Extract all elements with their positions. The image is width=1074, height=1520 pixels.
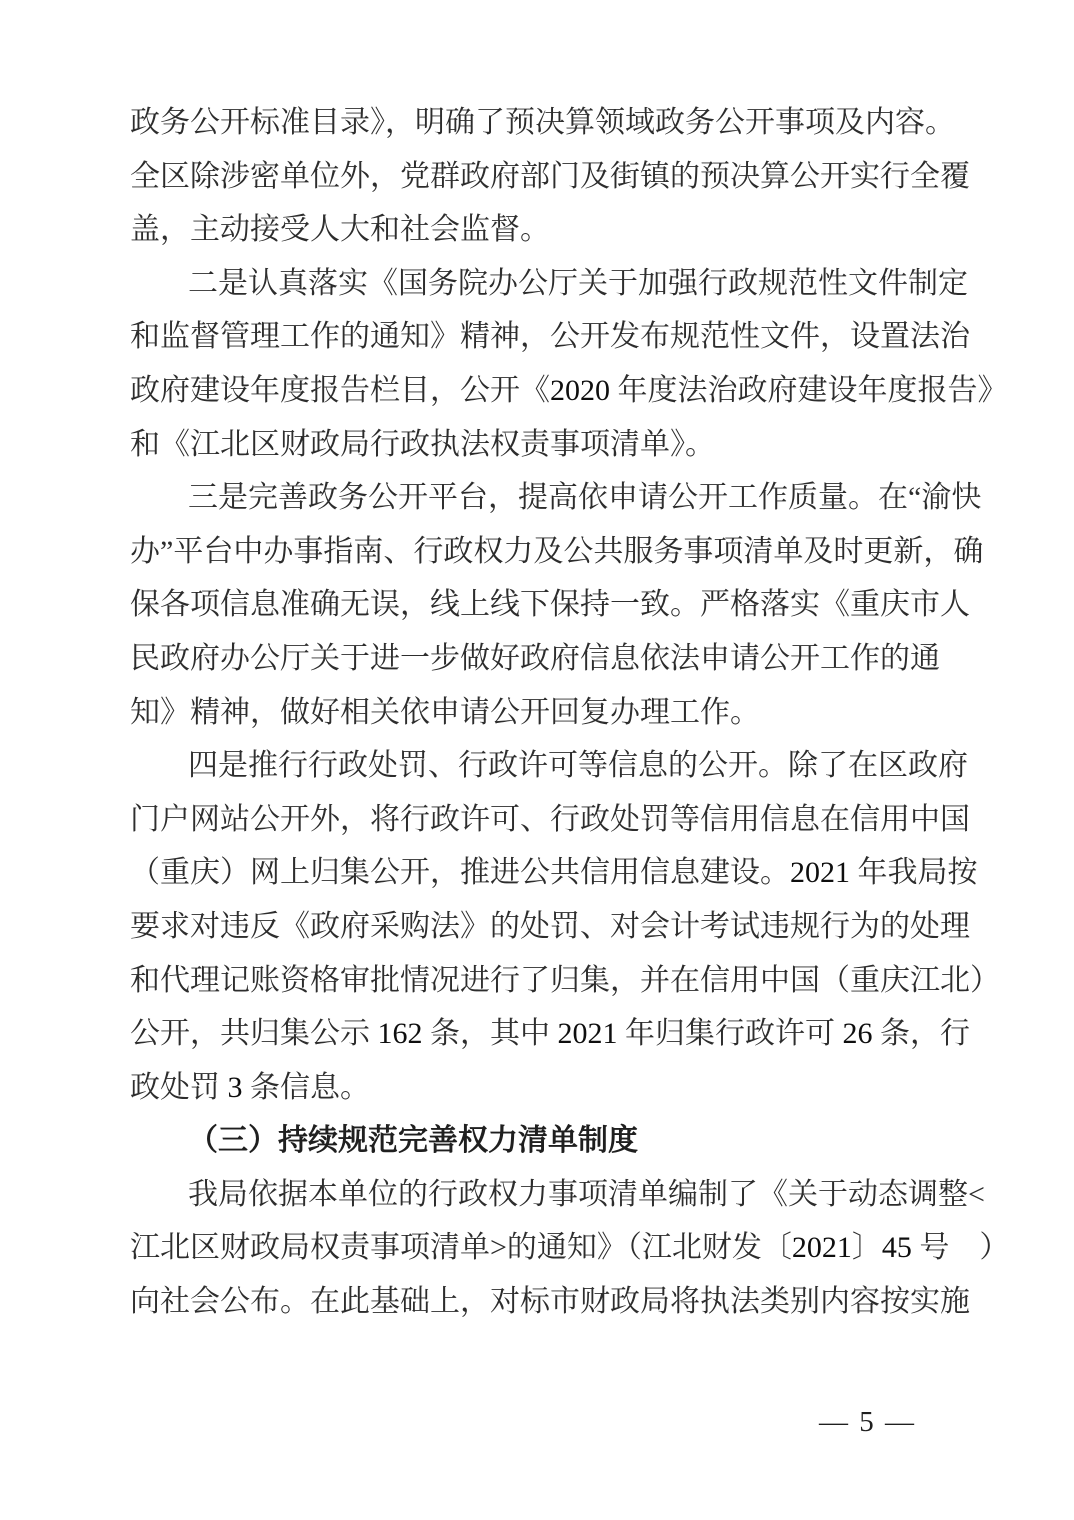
text-line: 盖，主动接受人大和社会监督。 <box>130 203 950 257</box>
text-line: 和代理记账资格审批情况进行了归集，并在信用中国（重庆江北） <box>130 954 950 1008</box>
text-line: 向社会公布。在此基础上，对标市财政局将执法类别内容按实施 <box>130 1275 950 1329</box>
text-line: 二是认真落实《国务院办公厅关于加强行政规范性文件制定 <box>130 257 950 311</box>
text-line: 三是完善政务公开平台，提高依申请公开工作质量。在“渝快 <box>130 471 950 525</box>
text-line: 门户网站公开外，将行政许可、行政处罚等信用信息在信用中国 <box>130 793 950 847</box>
text-line: 保各项信息准确无误，线上线下保持一致。严格落实《重庆市人 <box>130 578 950 632</box>
section-heading: （三）持续规范完善权力清单制度 <box>130 1114 950 1168</box>
document-page: 政务公开标准目录》，明确了预决算领域政务公开事项及内容。全区除涉密单位外，党群政… <box>0 0 1074 1520</box>
text-line: 江北区财政局权责事项清单>的通知》（江北财发〔2021〕45 号 ） <box>130 1221 950 1275</box>
text-line: （重庆）网上归集公开，推进公共信用信息建设。2021 年我局按 <box>130 846 950 900</box>
text-line: 和《江北区财政局行政执法权责事项清单》。 <box>130 418 950 472</box>
text-line: 政务公开标准目录》，明确了预决算领域政务公开事项及内容。 <box>130 96 950 150</box>
text-line: 四是推行行政处罚、行政许可等信息的公开。除了在区政府 <box>130 739 950 793</box>
text-line: 知》精神，做好相关依申请公开回复办理工作。 <box>130 686 950 740</box>
text-line: 政处罚 3 条信息。 <box>130 1061 950 1115</box>
text-line: 我局依据本单位的行政权力事项清单编制了《关于动态调整< <box>130 1168 950 1222</box>
text-line: 和监督管理工作的通知》精神，公开发布规范性文件，设置法治 <box>130 310 950 364</box>
text-line: 全区除涉密单位外，党群政府部门及街镇的预决算公开实行全覆 <box>130 150 950 204</box>
text-line: 要求对违反《政府采购法》的处罚、对会计考试违规行为的处理 <box>130 900 950 954</box>
text-line: 民政府办公厅关于进一步做好政府信息依法申请公开工作的通 <box>130 632 950 686</box>
text-line: 公开，共归集公示 162 条，其中 2021 年归集行政许可 26 条，行 <box>130 1007 950 1061</box>
text-line: 办”平台中办事指南、行政权力及公共服务事项清单及时更新，确 <box>130 525 950 579</box>
text-line: 政府建设年度报告栏目，公开《2020 年度法治政府建设年度报告》 <box>130 364 950 418</box>
page-number: — 5 — <box>819 1406 916 1439</box>
document-body: 政务公开标准目录》，明确了预决算领域政务公开事项及内容。全区除涉密单位外，党群政… <box>130 96 950 1329</box>
